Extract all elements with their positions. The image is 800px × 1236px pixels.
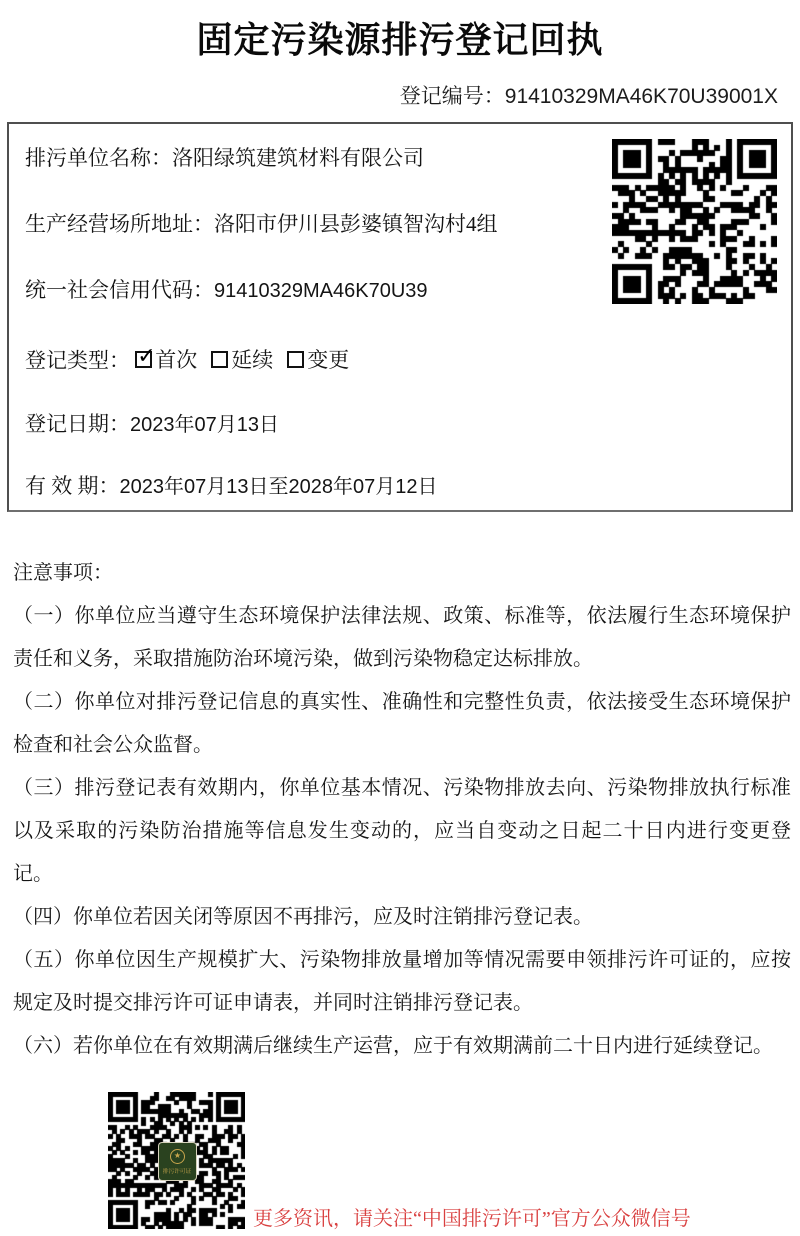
qr-logo-label: 排污许可证	[163, 1166, 192, 1175]
qr-center-logo: ★ 排污许可证	[158, 1142, 197, 1181]
notes-heading: 注意事项：	[13, 552, 791, 595]
checkbox-renewal-icon	[211, 351, 228, 368]
registration-number-label: 登记编号：	[400, 85, 505, 108]
field-label: 统一社会信用代码：	[25, 278, 214, 302]
option-label: 延续	[231, 344, 273, 374]
footer-notice: 更多资讯，请关注“中国排污许可”官方公众微信号	[253, 1202, 691, 1231]
field-unit-name: 排污单位名称：洛阳绿筑建筑材料有限公司	[25, 142, 424, 172]
note-item: （六）若你单位在有效期满后继续生产运营，应于有效期满前二十日内进行延续登记。	[13, 1025, 791, 1068]
registration-info-box: 排污单位名称：洛阳绿筑建筑材料有限公司 生产经营场所地址：洛阳市伊川县彭婆镇智沟…	[7, 122, 793, 512]
registration-qr-code-icon	[612, 139, 777, 304]
checkbox-change-icon	[287, 351, 304, 368]
note-item: （二）你单位对排污登记信息的真实性、准确性和完整性负责，依法接受生态环境保护检查…	[13, 681, 791, 767]
field-registration-type: 登记类型： 首次 延续 变更	[25, 344, 349, 375]
page-title: 固定污染源排污登记回执	[0, 12, 800, 63]
checkbox-first-time-icon	[135, 351, 152, 368]
field-value: 2023年07月13日至2028年07月12日	[120, 476, 438, 498]
field-registration-date: 登记日期：2023年07月13日	[25, 408, 279, 438]
option-label: 首次	[155, 344, 197, 374]
note-item: （五）你单位因生产规模扩大、污染物排放量增加等情况需要申领排污许可证的，应按规定…	[13, 939, 791, 1025]
field-label: 登记类型：	[25, 349, 130, 373]
option-first-time: 首次	[135, 344, 197, 374]
field-label: 生产经营场所地址：	[25, 212, 214, 236]
field-credit-code: 统一社会信用代码：91410329MA46K70U39	[25, 274, 428, 304]
field-label: 登记日期：	[25, 412, 130, 436]
page: { "header": { "title": "固定污染源排污登记回执", "r…	[0, 0, 800, 1236]
field-value: 洛阳市伊川县彭婆镇智沟村4组	[214, 212, 498, 236]
registration-number: 登记编号：91410329MA46K70U39001X	[400, 80, 778, 110]
field-value: 2023年07月13日	[130, 414, 279, 436]
emblem-icon: ★	[170, 1149, 185, 1164]
field-validity-period: 有 效 期：2023年07月13日至2028年07月12日	[25, 470, 437, 500]
registration-type-options: 首次 延续 变更	[135, 344, 349, 374]
note-item: （四）你单位若因关闭等原因不再排污，应及时注销排污登记表。	[13, 896, 791, 939]
field-label: 有 效 期：	[25, 474, 120, 498]
registration-number-value: 91410329MA46K70U39001X	[505, 85, 778, 108]
field-label: 排污单位名称：	[25, 146, 172, 170]
option-change: 变更	[287, 344, 349, 374]
field-value: 91410329MA46K70U39	[214, 280, 428, 302]
note-item: （一）你单位应当遵守生态环境保护法律法规、政策、标准等，依法履行生态环境保护责任…	[13, 595, 791, 681]
field-value: 洛阳绿筑建筑材料有限公司	[172, 146, 424, 170]
note-item: （三）排污登记表有效期内，你单位基本情况、污染物排放去向、污染物排放执行标准以及…	[13, 767, 791, 896]
option-renewal: 延续	[211, 344, 273, 374]
notes-section: 注意事项： （一）你单位应当遵守生态环境保护法律法规、政策、标准等，依法履行生态…	[13, 552, 791, 1068]
wechat-qr-code-icon: ★ 排污许可证	[108, 1092, 245, 1229]
option-label: 变更	[307, 344, 349, 374]
field-site-address: 生产经营场所地址：洛阳市伊川县彭婆镇智沟村4组	[25, 208, 498, 238]
